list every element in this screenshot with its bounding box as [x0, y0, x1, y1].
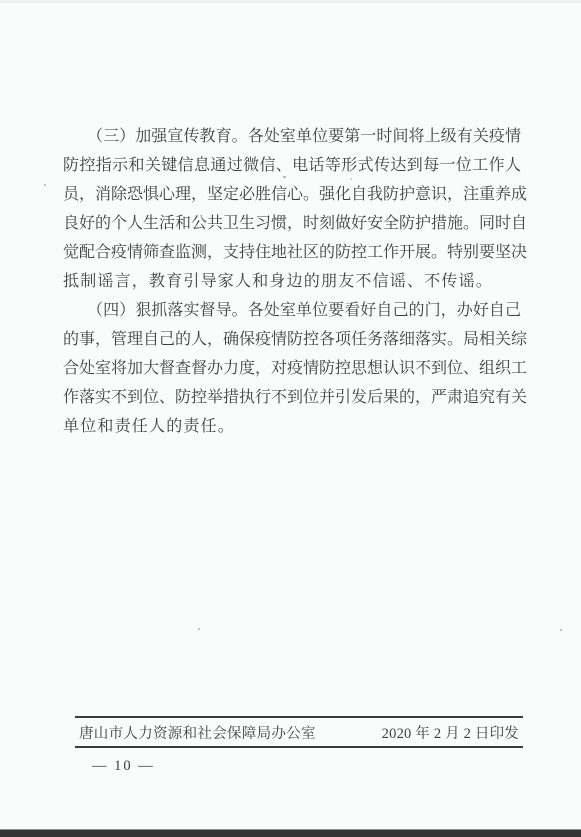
footer-bottom-rule: [75, 746, 523, 748]
issuing-office-label: 唐山市人力资源和社会保障局办公室: [79, 722, 316, 743]
body-line: 良好的个人生活和公共卫生习惯，时刻做好安全防护措施。同时自: [63, 209, 521, 238]
body-line: 防控指示和关键信息通过微信、电话等形式传达到每一位工作人: [63, 151, 521, 180]
scan-speck: [560, 629, 562, 631]
body-line: 单位和责任人的责任。: [63, 412, 521, 441]
scan-speck: [350, 178, 352, 180]
scan-edge-top: [0, 0, 581, 3]
document-footer: 唐山市人力资源和社会保障局办公室 2020 年 2 月 2 日印发: [75, 718, 523, 746]
body-line: （四）狠抓落实督导。各处室单位要看好自己的门，办好自己: [63, 296, 521, 325]
body-line: 作落实不到位、防控举措执行不到位并引发后果的，严肃追究有关: [63, 383, 521, 412]
body-line: （三）加强宣传教育。各处室单位要第一时间将上级有关疫情: [63, 122, 521, 151]
scan-speck: [198, 628, 200, 630]
body-line: 抵制谣言，教育引导家人和身边的朋友不信谣、不传谣。: [63, 267, 521, 296]
body-line: 的事，管理自己的人，确保疫情防控各项任务落细落实。局相关综: [63, 325, 521, 354]
scanned-document-page: （三）加强宣传教育。各处室单位要第一时间将上级有关疫情 防控指示和关键信息通过微…: [0, 0, 581, 837]
scan-speck: [283, 176, 286, 178]
document-body: （三）加强宣传教育。各处室单位要第一时间将上级有关疫情 防控指示和关键信息通过微…: [63, 122, 521, 441]
print-date-label: 2020 年 2 月 2 日印发: [382, 722, 519, 743]
scan-speck: [44, 184, 46, 186]
body-line: 员，消除恐惧心理，坚定必胜信心。强化自我防护意识，注重养成: [63, 180, 521, 209]
body-line: 合处室将加大督查督办力度，对疫情防控思想认识不到位、组织工: [63, 354, 521, 383]
body-line: 觉配合疫情筛查监测，支持住地社区的防控工作开展。特别要坚决: [63, 238, 521, 267]
scan-edge-bottom: [0, 829, 581, 837]
page-number: — 10 —: [92, 758, 155, 775]
